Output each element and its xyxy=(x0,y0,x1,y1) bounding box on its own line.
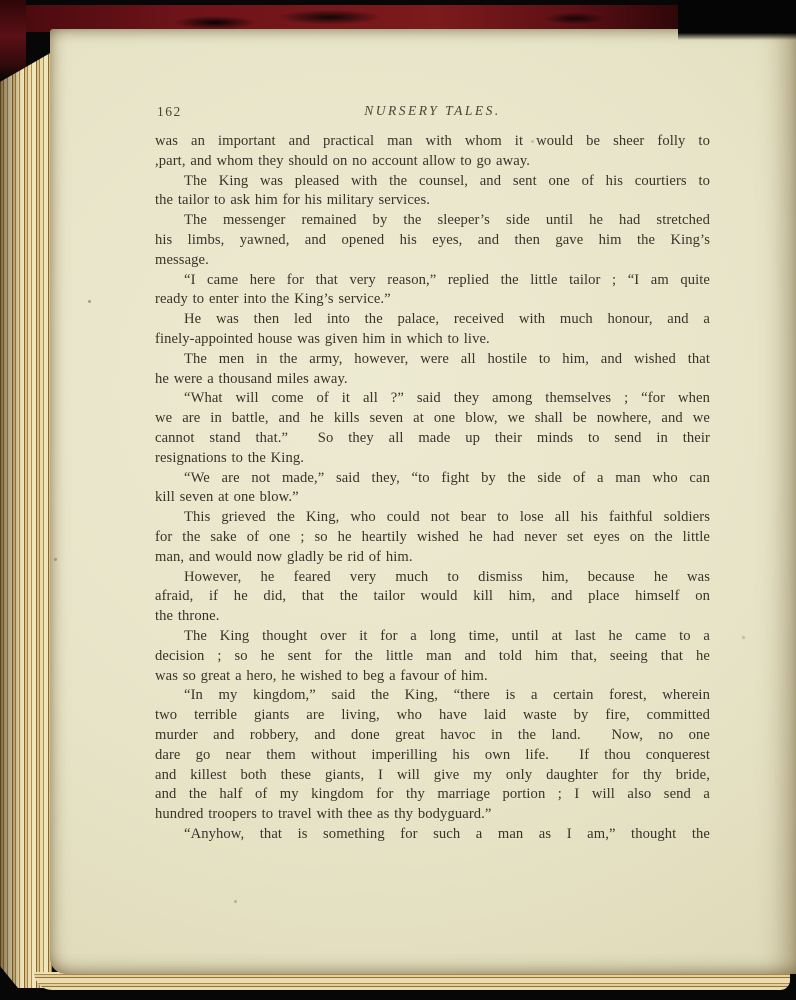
running-title: NURSERY TALES. xyxy=(155,103,710,119)
text-line: two terrible giants are living, who have… xyxy=(155,706,710,726)
text-line: man, and would now gladly be rid of him. xyxy=(155,548,710,568)
text-line: hundred troopers to travel with thee as … xyxy=(155,805,710,825)
text-line: The King was pleased with the counsel, a… xyxy=(155,172,710,192)
text-line: “I came here for that very reason,” repl… xyxy=(155,271,710,291)
text-line: resignations to the King. xyxy=(155,449,710,469)
text-line: and the half of my kingdom for thy marri… xyxy=(155,785,710,805)
text-line: for the sake of one ; so he heartily wis… xyxy=(155,528,710,548)
text-line: dare go near them without imperilling hi… xyxy=(155,746,710,766)
text-line: “Anyhow, that is something for such a ma… xyxy=(155,825,710,845)
text-line: decision ; so he sent for the little man… xyxy=(155,647,710,667)
text-line: his limbs, yawned, and opened his eyes, … xyxy=(155,231,710,251)
text-line: he were a thousand miles away. xyxy=(155,370,710,390)
text-line: message. xyxy=(155,251,710,271)
text-line: However, he feared very much to dismiss … xyxy=(155,568,710,588)
book-page: 162 NURSERY TALES. was an important and … xyxy=(50,29,796,974)
cover-shadow xyxy=(678,0,796,40)
book-binding-top xyxy=(0,5,796,32)
text-line: “We are not made,” said they, “to fight … xyxy=(155,469,710,489)
text-line: and killest both these giants, I will gi… xyxy=(155,766,710,786)
page-edges-stack xyxy=(0,52,52,988)
text-line: ready to enter into the King’s service.” xyxy=(155,290,710,310)
text-line: kill seven at one blow.” xyxy=(155,488,710,508)
dust-specks xyxy=(88,300,91,303)
text-line: “What will come of it all ?” said they a… xyxy=(155,389,710,409)
text-line: This grieved the King, who could not bea… xyxy=(155,508,710,528)
text-line: The men in the army, however, were all h… xyxy=(155,350,710,370)
page-edges-bottom xyxy=(34,972,790,990)
text-line: afraid, if he did, that the tailor would… xyxy=(155,587,710,607)
text-line: The messenger remained by the sleeper’s … xyxy=(155,211,710,231)
book-binding-corner xyxy=(0,0,26,80)
text-line: was so great a hero, he wished to beg a … xyxy=(155,667,710,687)
body-text: was an important and practical man with … xyxy=(155,132,710,845)
text-line: ,part, and whom they should on no accoun… xyxy=(155,152,710,172)
text-line: was an important and practical man with … xyxy=(155,132,710,152)
text-line: the throne. xyxy=(155,607,710,627)
text-line: He was then led into the palace, receive… xyxy=(155,310,710,330)
book-photo: 162 NURSERY TALES. was an important and … xyxy=(0,0,796,1000)
text-line: cannot stand that.” So they all made up … xyxy=(155,429,710,449)
text-line: we are in battle, and he kills seven at … xyxy=(155,409,710,429)
text-line: the tailor to ask him for his military s… xyxy=(155,191,710,211)
text-line: murder and robbery, and done great havoc… xyxy=(155,726,710,746)
page-header: 162 NURSERY TALES. xyxy=(155,103,710,123)
text-line: The King thought over it for a long time… xyxy=(155,627,710,647)
page-content: 162 NURSERY TALES. was an important and … xyxy=(50,103,796,845)
page-number: 162 xyxy=(157,104,182,120)
text-line: finely-appointed house was given him in … xyxy=(155,330,710,350)
text-line: “In my kingdom,” said the King, “there i… xyxy=(155,686,710,706)
